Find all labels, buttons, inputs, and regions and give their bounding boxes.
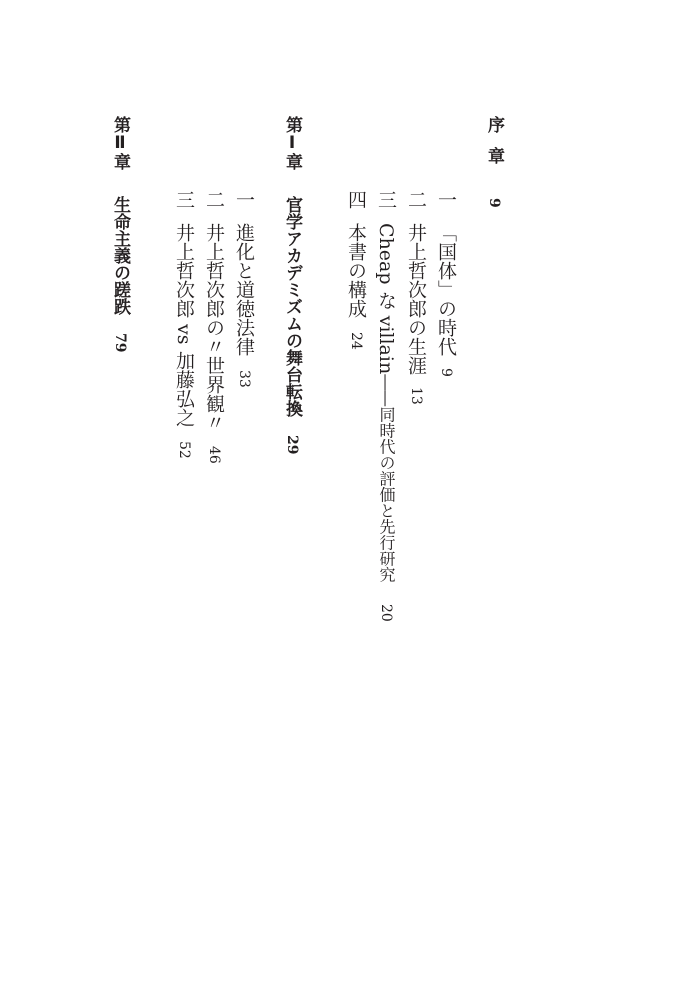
toc-entry-chapter-1-2[interactable]: 二井上哲次郎の〃世界観〃46 (204, 190, 223, 464)
section-title: 井上哲次郎 vs 加藤弘之 (173, 223, 195, 427)
section-page-number: 52 (177, 441, 191, 459)
section-page-number: 20 (379, 604, 393, 622)
prologue-label-1: 序 (484, 116, 504, 133)
section-page-number: 13 (409, 387, 423, 405)
prologue-label-2: 章 (484, 147, 504, 164)
section-marker: 二 (405, 190, 427, 209)
section-marker: 四 (345, 190, 367, 209)
section-page-number: 9 (439, 368, 453, 377)
toc-entry-prologue-2[interactable]: 二井上哲次郎の生涯13 (406, 190, 425, 405)
section-title: 進化と道徳法律 (233, 223, 255, 356)
section-subtitle: ――同時代の評価と先行研究 (377, 374, 396, 582)
toc-entry-chapter-1-3[interactable]: 三井上哲次郎 vs 加藤弘之52 (174, 190, 193, 458)
section-title: 「国体」の時代 (435, 223, 457, 356)
chapter-title: 生命主義の蹉跌 (110, 196, 130, 315)
section-marker: 三 (173, 190, 195, 209)
section-marker: 一 (435, 190, 457, 209)
toc-chapter-1-heading[interactable]: 第Ⅰ章官学アカデミズムの舞台転換29 (283, 116, 300, 454)
section-marker: 二 (203, 190, 225, 209)
section-page-number: 46 (207, 446, 221, 464)
chapter-page-number: 79 (113, 333, 127, 352)
section-marker: 一 (233, 190, 255, 209)
toc-entry-prologue-4[interactable]: 四本書の構成24 (346, 190, 365, 350)
section-marker: 三 (375, 190, 397, 209)
section-title: 井上哲次郎の〃世界観〃 (203, 223, 225, 432)
toc-entry-chapter-1-1[interactable]: 一進化と道徳法律33 (234, 190, 253, 388)
section-page-number: 33 (237, 370, 251, 388)
section-page-number: 24 (349, 332, 363, 350)
toc-prologue-heading[interactable]: 序章9 (485, 116, 502, 208)
chapter-title: 官学アカデミズムの舞台転換 (282, 196, 302, 417)
chapter-page-number: 29 (285, 435, 299, 454)
section-title: 本書の構成 (345, 223, 367, 318)
chapter-label: 第Ⅰ章 (282, 116, 302, 170)
toc-entry-prologue-3[interactable]: 三Cheap な villain――同時代の評価と先行研究20 (376, 190, 395, 622)
prologue-page-number: 9 (487, 198, 501, 208)
toc-chapter-2-heading[interactable]: 第Ⅱ章生命主義の蹉跌79 (111, 116, 128, 352)
chapter-label: 第Ⅱ章 (110, 116, 130, 170)
section-title: 井上哲次郎の生涯 (405, 223, 427, 375)
section-title: Cheap な villain (375, 223, 397, 374)
toc-entry-prologue-1[interactable]: 一「国体」の時代9 (436, 190, 455, 377)
